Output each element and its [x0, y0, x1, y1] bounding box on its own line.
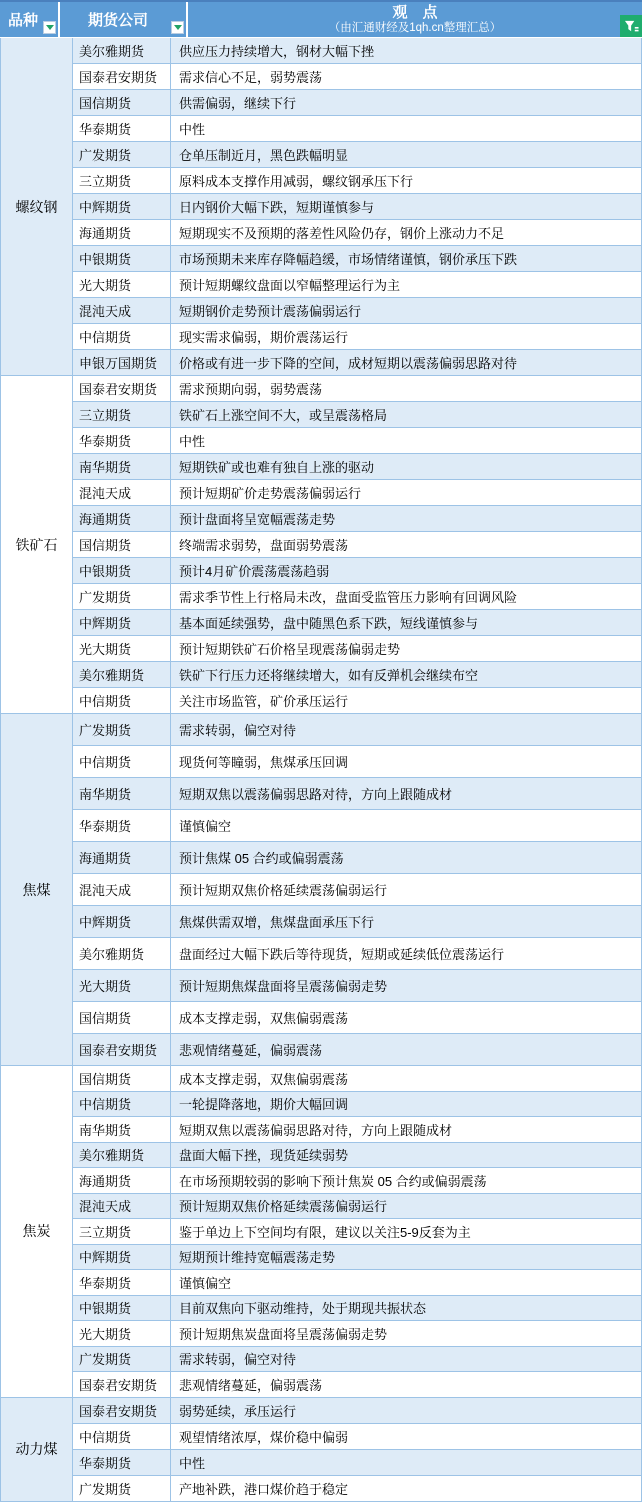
company-cell[interactable]: 中银期货: [73, 1296, 171, 1322]
company-cell[interactable]: 国泰君安期货: [73, 1034, 171, 1066]
table-row: 南华期货短期双焦以震荡偏弱思路对待，方向上跟随成材: [73, 778, 641, 810]
table-row: 中信期货观望情绪浓厚，煤价稳中偏弱: [73, 1424, 641, 1450]
commodity-group: 铁矿石国泰君安期货需求预期向弱，弱势震荡三立期货铁矿石上涨空间不大，或呈震荡格局…: [1, 376, 641, 714]
view-cell[interactable]: 需求预期向弱，弱势震荡: [171, 376, 641, 402]
table-row: 美尔雅期货盘面大幅下挫，现货延续弱势: [73, 1143, 641, 1169]
view-cell[interactable]: 供应压力持续增大，钢材大幅下挫: [171, 38, 641, 64]
view-cell[interactable]: 目前双焦向下驱动维持，处于期现共振状态: [171, 1296, 641, 1322]
view-cell[interactable]: 短期铁矿或也难有独自上涨的驱动: [171, 454, 641, 480]
view-cell[interactable]: 鉴于单边上下空间均有限，建议以关注5-9反套为主: [171, 1219, 641, 1245]
variety-column-label: 品种: [8, 9, 38, 30]
view-cell[interactable]: 成本支撑走弱，双焦偏弱震荡: [171, 1002, 641, 1034]
company-cell[interactable]: 中信期货: [73, 746, 171, 778]
company-cell[interactable]: 中信期货: [73, 324, 171, 350]
variety-cell[interactable]: 焦炭: [1, 1066, 73, 1398]
table-row: 中辉期货基本面延续强势，盘中随黑色系下跌，短线谨慎参与: [73, 610, 641, 636]
table-row: 中银期货预计4月矿价震荡震荡趋弱: [73, 558, 641, 584]
futures-opinion-sheet: 品种 期货公司 观 点 （由汇通财经及1qh.cn整理汇总） 螺纹钢美尔雅期货供…: [0, 0, 642, 1502]
company-cell[interactable]: 华泰期货: [73, 1450, 171, 1476]
view-cell[interactable]: 预计焦煤 05 合约或偏弱震荡: [171, 842, 641, 874]
table-row: 中银期货目前双焦向下驱动维持，处于期现共振状态: [73, 1296, 641, 1322]
table-row: 中信期货关注市场监管，矿价承压运行: [73, 688, 641, 714]
company-cell[interactable]: 美尔雅期货: [73, 38, 171, 64]
table-row: 美尔雅期货铁矿下行压力还将继续增大，如有反弹机会继续布空: [73, 662, 641, 688]
company-cell[interactable]: 混沌天成: [73, 1194, 171, 1220]
view-column-label: 观 点: [392, 4, 437, 21]
table-row: 华泰期货谨慎偏空: [73, 810, 641, 842]
view-cell[interactable]: 焦煤供需双增，焦煤盘面承压下行: [171, 906, 641, 938]
table-row: 国信期货终端需求弱势，盘面弱势震荡: [73, 532, 641, 558]
company-cell[interactable]: 美尔雅期货: [73, 938, 171, 970]
company-cell[interactable]: 海通期货: [73, 842, 171, 874]
company-cell[interactable]: 三立期货: [73, 1219, 171, 1245]
view-cell[interactable]: 现货何等瞳弱，焦煤承压回调: [171, 746, 641, 778]
view-cell[interactable]: 产地补跌，港口煤价趋于稳定: [171, 1476, 641, 1502]
view-cell[interactable]: 预计短期矿价走势震荡偏弱运行: [171, 480, 641, 506]
variety-cell[interactable]: 螺纹钢: [1, 38, 73, 376]
table-row: 中银期货市场预期未来库存降幅趋缓，市场情绪谨慎，钢价承压下跌: [73, 246, 641, 272]
company-cell[interactable]: 混沌天成: [73, 874, 171, 906]
view-cell[interactable]: 预计短期双焦价格延续震荡偏弱运行: [171, 1194, 641, 1220]
company-cell[interactable]: 华泰期货: [73, 428, 171, 454]
table-row: 国泰君安期货弱势延续，承压运行: [73, 1398, 641, 1424]
company-cell[interactable]: 国泰君安期货: [73, 64, 171, 90]
company-cell[interactable]: 光大期货: [73, 636, 171, 662]
company-cell[interactable]: 中辉期货: [73, 906, 171, 938]
company-cell[interactable]: 南华期货: [73, 454, 171, 480]
company-cell[interactable]: 南华期货: [73, 1117, 171, 1143]
table-row: 广发期货需求季节性上行格局未改，盘面受监管压力影响有回调风险: [73, 584, 641, 610]
company-column-label: 期货公司: [88, 9, 148, 30]
company-cell[interactable]: 美尔雅期货: [73, 1143, 171, 1169]
company-cell[interactable]: 中辉期货: [73, 1245, 171, 1271]
table-row: 国信期货成本支撑走弱，双焦偏弱震荡: [73, 1002, 641, 1034]
table-row: 国泰君安期货悲观情绪蔓延，偏弱震荡: [73, 1372, 641, 1398]
company-cell[interactable]: 中信期货: [73, 1092, 171, 1118]
table-row: 光大期货预计短期焦煤盘面将呈震荡偏弱走势: [73, 970, 641, 1002]
view-cell[interactable]: 铁矿石上涨空间不大，或呈震荡格局: [171, 402, 641, 428]
company-cell[interactable]: 广发期货: [73, 1476, 171, 1502]
view-cell[interactable]: 仓单压制近月，黑色跌幅明显: [171, 142, 641, 168]
view-cell[interactable]: 预计短期焦炭盘面将呈震荡偏弱走势: [171, 1321, 641, 1347]
view-cell[interactable]: 日内钢价大幅下跌，短期谨慎参与: [171, 194, 641, 220]
table-row: 混沌天成短期钢价走势预计震荡偏弱运行: [73, 298, 641, 324]
view-cell[interactable]: 短期预计维持宽幅震荡走势: [171, 1245, 641, 1271]
view-cell[interactable]: 需求转弱，偏空对待: [171, 714, 641, 746]
view-cell[interactable]: 短期钢价走势预计震荡偏弱运行: [171, 298, 641, 324]
company-cell[interactable]: 中银期货: [73, 246, 171, 272]
view-cell[interactable]: 悲观情绪蔓延，偏弱震荡: [171, 1372, 641, 1398]
variety-cell[interactable]: 动力煤: [1, 1398, 73, 1502]
table-row: 混沌天成预计短期矿价走势震荡偏弱运行: [73, 480, 641, 506]
table-row: 海通期货在市场预期较弱的影响下预计焦炭 05 合约或偏弱震荡: [73, 1168, 641, 1194]
company-cell[interactable]: 广发期货: [73, 1347, 171, 1373]
view-cell[interactable]: 需求季节性上行格局未改，盘面受监管压力影响有回调风险: [171, 584, 641, 610]
company-cell[interactable]: 光大期货: [73, 272, 171, 298]
company-cell[interactable]: 海通期货: [73, 506, 171, 532]
table-row: 中信期货现实需求偏弱，期价震荡运行: [73, 324, 641, 350]
commodity-group: 动力煤国泰君安期货弱势延续，承压运行中信期货观望情绪浓厚，煤价稳中偏弱华泰期货中…: [1, 1398, 641, 1502]
view-cell[interactable]: 谨慎偏空: [171, 810, 641, 842]
view-cell[interactable]: 预计短期双焦价格延续震荡偏弱运行: [171, 874, 641, 906]
company-cell[interactable]: 广发期货: [73, 714, 171, 746]
company-cell[interactable]: 光大期货: [73, 1321, 171, 1347]
commodity-group: 螺纹钢美尔雅期货供应压力持续增大，钢材大幅下挫国泰君安期货需求信心不足，弱势震荡…: [1, 38, 641, 376]
view-cell[interactable]: 一轮提降落地，期价大幅回调: [171, 1092, 641, 1118]
filter-funnel-icon[interactable]: [620, 15, 642, 37]
view-cell[interactable]: 短期现实不及预期的落差性风险仍存，钢价上涨动力不足: [171, 220, 641, 246]
view-cell[interactable]: 预计短期螺纹盘面以窄幅整理运行为主: [171, 272, 641, 298]
table-row: 申银万国期货价格或有进一步下降的空间，成材短期以震荡偏弱思路对待: [73, 350, 641, 376]
company-cell[interactable]: 广发期货: [73, 142, 171, 168]
table-row: 南华期货短期铁矿或也难有独自上涨的驱动: [73, 454, 641, 480]
table-row: 广发期货需求转弱，偏空对待: [73, 1347, 641, 1373]
table-row: 海通期货短期现实不及预期的落差性风险仍存，钢价上涨动力不足: [73, 220, 641, 246]
header-company-column: 期货公司: [60, 2, 188, 37]
view-cell[interactable]: 弱势延续，承压运行: [171, 1398, 641, 1424]
table-row: 美尔雅期货盘面经过大幅下跌后等待现货，短期或延续低位震荡运行: [73, 938, 641, 970]
group-rows: 国信期货成本支撑走弱，双焦偏弱震荡中信期货一轮提降落地，期价大幅回调南华期货短期…: [73, 1066, 641, 1398]
view-cell[interactable]: 预计4月矿价震荡震荡趋弱: [171, 558, 641, 584]
table-row: 海通期货预计焦煤 05 合约或偏弱震荡: [73, 842, 641, 874]
table-row: 国泰君安期货需求信心不足，弱势震荡: [73, 64, 641, 90]
company-cell[interactable]: 国泰君安期货: [73, 1372, 171, 1398]
company-cell[interactable]: 海通期货: [73, 220, 171, 246]
view-cell[interactable]: 供需偏弱，继续下行: [171, 90, 641, 116]
table-row: 国泰君安期货需求预期向弱，弱势震荡: [73, 376, 641, 402]
table-row: 中辉期货日内钢价大幅下跌，短期谨慎参与: [73, 194, 641, 220]
group-rows: 美尔雅期货供应压力持续增大，钢材大幅下挫国泰君安期货需求信心不足，弱势震荡国信期…: [73, 38, 641, 376]
view-cell[interactable]: 原料成本支撑作用减弱，螺纹钢承压下行: [171, 168, 641, 194]
table-body: 螺纹钢美尔雅期货供应压力持续增大，钢材大幅下挫国泰君安期货需求信心不足，弱势震荡…: [0, 38, 642, 1502]
variety-filter-dropdown-icon[interactable]: [43, 21, 56, 34]
view-cell[interactable]: 中性: [171, 428, 641, 454]
table-row: 三立期货原料成本支撑作用减弱，螺纹钢承压下行: [73, 168, 641, 194]
company-cell[interactable]: 中信期货: [73, 688, 171, 714]
view-cell[interactable]: 谨慎偏空: [171, 1270, 641, 1296]
header-variety-column: 品种: [0, 2, 60, 37]
company-cell[interactable]: 国信期货: [73, 90, 171, 116]
view-cell[interactable]: 市场预期未来库存降幅趋缓，市场情绪谨慎，钢价承压下跌: [171, 246, 641, 272]
view-cell[interactable]: 中性: [171, 1450, 641, 1476]
table-row: 海通期货预计盘面将呈宽幅震荡走势: [73, 506, 641, 532]
table-row: 混沌天成预计短期双焦价格延续震荡偏弱运行: [73, 1194, 641, 1220]
view-cell[interactable]: 基本面延续强势，盘中随黑色系下跌，短线谨慎参与: [171, 610, 641, 636]
table-row: 南华期货短期双焦以震荡偏弱思路对待，方向上跟随成材: [73, 1117, 641, 1143]
company-cell[interactable]: 华泰期货: [73, 810, 171, 842]
company-cell[interactable]: 光大期货: [73, 970, 171, 1002]
company-cell[interactable]: 中辉期货: [73, 194, 171, 220]
company-cell[interactable]: 国泰君安期货: [73, 376, 171, 402]
company-cell[interactable]: 华泰期货: [73, 1270, 171, 1296]
group-rows: 国泰君安期货弱势延续，承压运行中信期货观望情绪浓厚，煤价稳中偏弱华泰期货中性广发…: [73, 1398, 641, 1502]
view-cell[interactable]: 现实需求偏弱，期价震荡运行: [171, 324, 641, 350]
table-row: 广发期货需求转弱，偏空对待: [73, 714, 641, 746]
view-cell[interactable]: 在市场预期较弱的影响下预计焦炭 05 合约或偏弱震荡: [171, 1168, 641, 1194]
view-cell[interactable]: 终端需求弱势，盘面弱势震荡: [171, 532, 641, 558]
table-row: 光大期货预计短期螺纹盘面以窄幅整理运行为主: [73, 272, 641, 298]
commodity-group: 焦煤广发期货需求转弱，偏空对待中信期货现货何等瞳弱，焦煤承压回调南华期货短期双焦…: [1, 714, 641, 1066]
company-cell[interactable]: 海通期货: [73, 1168, 171, 1194]
company-cell[interactable]: 混沌天成: [73, 480, 171, 506]
company-cell[interactable]: 国信期货: [73, 1066, 171, 1092]
table-row: 国信期货供需偏弱，继续下行: [73, 90, 641, 116]
variety-cell[interactable]: 焦煤: [1, 714, 73, 1066]
view-cell[interactable]: 成本支撑走弱，双焦偏弱震荡: [171, 1066, 641, 1092]
view-cell[interactable]: 预计短期铁矿石价格呈现震荡偏弱走势: [171, 636, 641, 662]
table-header: 品种 期货公司 观 点 （由汇通财经及1qh.cn整理汇总）: [0, 0, 642, 38]
company-filter-dropdown-icon[interactable]: [171, 21, 184, 34]
table-row: 混沌天成预计短期双焦价格延续震荡偏弱运行: [73, 874, 641, 906]
view-cell[interactable]: 悲观情绪蔓延，偏弱震荡: [171, 1034, 641, 1066]
table-row: 光大期货预计短期铁矿石价格呈现震荡偏弱走势: [73, 636, 641, 662]
view-cell[interactable]: 铁矿下行压力还将继续增大，如有反弹机会继续布空: [171, 662, 641, 688]
table-row: 美尔雅期货供应压力持续增大，钢材大幅下挫: [73, 38, 641, 64]
company-cell[interactable]: 华泰期货: [73, 116, 171, 142]
company-cell[interactable]: 国信期货: [73, 532, 171, 558]
company-cell[interactable]: 三立期货: [73, 168, 171, 194]
table-row: 中辉期货焦煤供需双增，焦煤盘面承压下行: [73, 906, 641, 938]
table-row: 广发期货产地补跌，港口煤价趋于稳定: [73, 1476, 641, 1502]
table-row: 中信期货现货何等瞳弱，焦煤承压回调: [73, 746, 641, 778]
company-cell[interactable]: 混沌天成: [73, 298, 171, 324]
group-rows: 国泰君安期货需求预期向弱，弱势震荡三立期货铁矿石上涨空间不大，或呈震荡格局华泰期…: [73, 376, 641, 714]
table-row: 中信期货一轮提降落地，期价大幅回调: [73, 1092, 641, 1118]
company-cell[interactable]: 广发期货: [73, 584, 171, 610]
view-cell[interactable]: 预计盘面将呈宽幅震荡走势: [171, 506, 641, 532]
view-cell[interactable]: 关注市场监管，矿价承压运行: [171, 688, 641, 714]
table-row: 华泰期货中性: [73, 428, 641, 454]
header-view-column: 观 点 （由汇通财经及1qh.cn整理汇总）: [188, 2, 642, 37]
table-row: 三立期货铁矿石上涨空间不大，或呈震荡格局: [73, 402, 641, 428]
table-row: 华泰期货中性: [73, 116, 641, 142]
view-cell[interactable]: 需求信心不足，弱势震荡: [171, 64, 641, 90]
view-cell[interactable]: 预计短期焦煤盘面将呈震荡偏弱走势: [171, 970, 641, 1002]
company-cell[interactable]: 南华期货: [73, 778, 171, 810]
table-row: 国泰君安期货悲观情绪蔓延，偏弱震荡: [73, 1034, 641, 1066]
table-row: 华泰期货谨慎偏空: [73, 1270, 641, 1296]
view-cell[interactable]: 需求转弱，偏空对待: [171, 1347, 641, 1373]
table-row: 中辉期货短期预计维持宽幅震荡走势: [73, 1245, 641, 1271]
variety-cell[interactable]: 铁矿石: [1, 376, 73, 714]
group-rows: 广发期货需求转弱，偏空对待中信期货现货何等瞳弱，焦煤承压回调南华期货短期双焦以震…: [73, 714, 641, 1066]
company-cell[interactable]: 中辉期货: [73, 610, 171, 636]
table-row: 光大期货预计短期焦炭盘面将呈震荡偏弱走势: [73, 1321, 641, 1347]
company-cell[interactable]: 中银期货: [73, 558, 171, 584]
table-row: 华泰期货中性: [73, 1450, 641, 1476]
view-cell[interactable]: 盘面大幅下挫，现货延续弱势: [171, 1143, 641, 1169]
table-row: 三立期货鉴于单边上下空间均有限，建议以关注5-9反套为主: [73, 1219, 641, 1245]
view-cell[interactable]: 观望情绪浓厚，煤价稳中偏弱: [171, 1424, 641, 1450]
view-column-subtitle: （由汇通财经及1qh.cn整理汇总）: [329, 22, 502, 35]
company-cell[interactable]: 美尔雅期货: [73, 662, 171, 688]
view-cell[interactable]: 短期双焦以震荡偏弱思路对待，方向上跟随成材: [171, 1117, 641, 1143]
view-cell[interactable]: 盘面经过大幅下跌后等待现货，短期或延续低位震荡运行: [171, 938, 641, 970]
company-cell[interactable]: 三立期货: [73, 402, 171, 428]
company-cell[interactable]: 国信期货: [73, 1002, 171, 1034]
company-cell[interactable]: 国泰君安期货: [73, 1398, 171, 1424]
table-row: 广发期货仓单压制近月，黑色跌幅明显: [73, 142, 641, 168]
company-cell[interactable]: 中信期货: [73, 1424, 171, 1450]
view-cell[interactable]: 价格或有进一步下降的空间，成材短期以震荡偏弱思路对待: [171, 350, 641, 376]
view-cell[interactable]: 短期双焦以震荡偏弱思路对待，方向上跟随成材: [171, 778, 641, 810]
company-cell[interactable]: 申银万国期货: [73, 350, 171, 376]
table-row: 国信期货成本支撑走弱，双焦偏弱震荡: [73, 1066, 641, 1092]
commodity-group: 焦炭国信期货成本支撑走弱，双焦偏弱震荡中信期货一轮提降落地，期价大幅回调南华期货…: [1, 1066, 641, 1398]
view-cell[interactable]: 中性: [171, 116, 641, 142]
